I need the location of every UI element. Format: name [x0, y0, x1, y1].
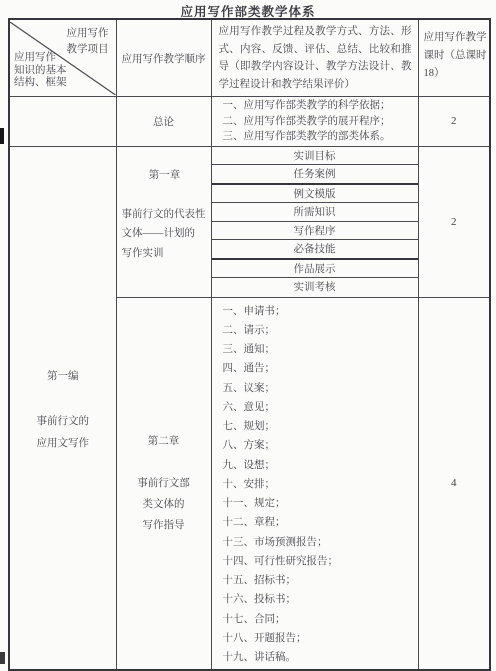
corner-line: 教学项目: [67, 42, 109, 59]
header-hours-line: 课时（总课时: [424, 47, 488, 65]
genre-item: 十八、开题报告；: [223, 629, 414, 648]
chapter2-line: [117, 452, 211, 473]
header-hours-line: 18）: [424, 65, 488, 83]
corner-line: 应用写作: [67, 26, 109, 43]
header-teaching-hours: 应用写作教学课时（总课时18）: [418, 19, 490, 97]
chapter1-subrows-cell: 实训目标任务案例例文模版所需知识写作程序必备技能作品展示实训考核: [211, 146, 418, 297]
teaching-system-table: 应用写作教学项目 应用写作知识的基本结构、框架 应用写作教学顺序 应用写作教学过…: [8, 18, 491, 671]
chapter2-line: 事前行文部: [117, 473, 211, 494]
training-subrow: 实训目标: [212, 147, 418, 166]
header-corner-cell: 应用写作教学项目 应用写作知识的基本结构、框架: [9, 19, 116, 97]
header-teaching-process: 应用写作教学过程及教学方式、方法、形式、内容、反馈、评估、总结、比较和推导（即教…: [211, 19, 418, 97]
genre-item: 四、通告；: [223, 359, 414, 378]
genre-item: 十四、可行性研究报告；: [223, 552, 414, 571]
training-subrow: 例文模版: [212, 185, 418, 204]
chapter2-line: 类文体的: [117, 494, 211, 515]
training-subrow: 任务案例: [212, 165, 418, 185]
training-subrow: 写作程序: [212, 222, 418, 241]
intro-hours-cell: 2: [418, 97, 490, 146]
training-subrow: 必备技能: [212, 240, 418, 260]
chapter2-items-cell: 一、申请书；二、请示；三、通知；四、通告；五、议案；六、意见；七、规划；八、方案…: [211, 297, 418, 670]
empty-cell: [9, 97, 116, 146]
genre-item: 五、议案；: [223, 379, 414, 398]
genre-item: 十五、招标书；: [223, 571, 414, 590]
scanned-document-page: { "title": "应用写作部类教学体系", "table": { "hea…: [0, 0, 496, 671]
genre-item: 十九、讲话稿。: [223, 648, 414, 667]
part-line: 第一编: [10, 366, 116, 389]
genre-item: 十三、市场预测报告；: [223, 533, 414, 552]
genre-item: 十一、规定；: [223, 494, 414, 513]
intro-items-cell: 一、应用写作部类教学的科学依据；二、应用写作部类教学的展开程序；三、应用写作部类…: [211, 97, 418, 146]
genre-item: 十二、章程；: [223, 513, 414, 532]
training-subrow: 所需知识: [212, 203, 418, 222]
chapter1-order-cell: 第一章 事前行文的代表性文体——计划的写作实训: [116, 146, 211, 297]
genre-item: 一、申请书；: [223, 302, 414, 321]
genre-item: 三、通知；: [223, 340, 414, 359]
training-subrow: 作品展示: [212, 260, 418, 279]
intro-item: 二、应用写作部类教学的展开程序；: [223, 114, 414, 129]
scan-artifact: [0, 128, 4, 144]
corner-label-teaching-project: 应用写作教学项目: [67, 26, 109, 59]
chapter2-hours-cell: 4: [418, 297, 490, 670]
part-line: [10, 388, 116, 411]
part-line: 应用文写作: [10, 433, 116, 456]
intro-order-cell: 总论: [116, 97, 211, 146]
chapter1-line: 写作实训: [122, 244, 208, 264]
genre-item: 二、请示；: [223, 321, 414, 340]
corner-line: 结构、框架: [14, 77, 67, 90]
header-hours-line: 应用写作教学: [424, 29, 488, 47]
genre-item: 六、意见；: [223, 398, 414, 417]
chapter1-line: 文体——计划的: [122, 224, 208, 244]
chapter2-line: 写作指导: [117, 515, 211, 536]
genre-item: 十、安排；: [223, 475, 414, 494]
intro-item: 三、应用写作部类教学的部类体系。: [223, 129, 414, 144]
corner-label-knowledge-structure: 应用写作知识的基本结构、框架: [14, 52, 67, 90]
chapter2-order-cell: 第二章 事前行文部类文体的写作指导: [116, 297, 211, 670]
training-subrow-list: 实训目标任务案例例文模版所需知识写作程序必备技能作品展示实训考核: [212, 147, 418, 296]
part-line: 事前行文的: [10, 411, 116, 434]
part-one-cell: 第一编 事前行文的应用文写作: [9, 146, 116, 670]
genre-item: 八、方案；: [223, 436, 414, 455]
chapter1-line: 事前行文的代表性: [122, 205, 208, 225]
training-subrow: 实训考核: [212, 278, 418, 296]
chapter1-line: 第一章: [122, 166, 208, 186]
scan-artifact: [0, 652, 5, 664]
intro-item: 一、应用写作部类教学的科学依据；: [223, 98, 414, 113]
chapter2-line: 第二章: [117, 431, 211, 452]
genre-item: 九、设想；: [223, 456, 414, 475]
chapter1-hours-cell: 2: [418, 146, 490, 297]
genre-item: 七、规划；: [223, 417, 414, 436]
genre-item: 十七、合同；: [223, 610, 414, 629]
corner-line: 应用写作: [14, 52, 67, 65]
chapter1-line: [122, 185, 208, 205]
genre-item: 十六、投标书；: [223, 590, 414, 609]
header-teaching-order: 应用写作教学顺序: [116, 19, 211, 97]
corner-diagonal-cell: 应用写作教学项目 应用写作知识的基本结构、框架: [10, 22, 116, 95]
corner-line: 知识的基本: [14, 65, 67, 78]
